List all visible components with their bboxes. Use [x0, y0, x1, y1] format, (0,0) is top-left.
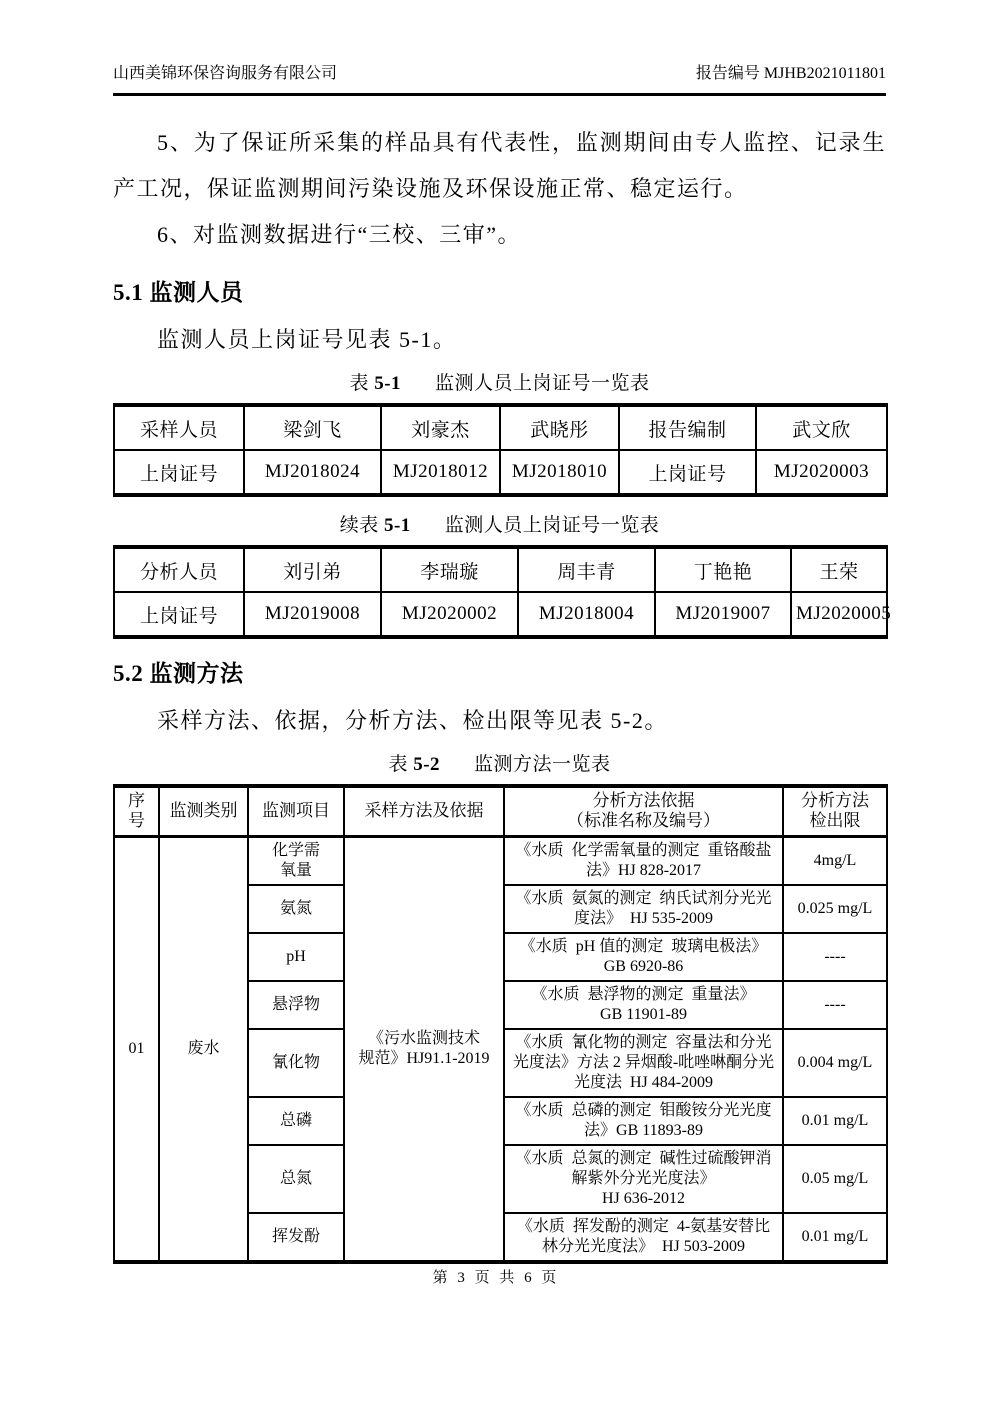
method-cell: 《水质 氰化物的测定 容量法和分光 光度法》方法 2 异烟酸-吡唑啉酮分光 光度…: [504, 1029, 783, 1097]
table-row: 分析人员 刘引弟 李瑞璇 周丰青 丁艳艳 王荣: [114, 547, 887, 592]
table-cell: MJ2020005: [791, 592, 887, 637]
category-cell: 废水: [159, 836, 248, 1262]
section-number: 5.2: [113, 661, 143, 686]
document-header: 山西美锦环保咨询服务有限公司 报告编号 MJHB2021011801: [113, 0, 886, 96]
table-cell: 刘豪杰: [381, 405, 500, 450]
section-heading-5-1: 5.1 监测人员: [113, 274, 886, 307]
report-number: 报告编号 MJHB2021011801: [696, 60, 886, 83]
method-cell: 《水质 总磷的测定 钼酸铵分光光度 法》GB 11893-89: [504, 1097, 783, 1145]
table-cell: 王荣: [791, 547, 887, 592]
table-cell: 李瑞璇: [381, 547, 518, 592]
section-title: 监测方法: [150, 661, 244, 686]
table-5-2-caption: 表 5-2监测方法一览表: [113, 749, 886, 776]
table-cell: 武文欣: [756, 405, 887, 450]
column-header-sampling: 采样方法及依据: [344, 786, 504, 836]
item-cell: 氰化物: [248, 1029, 344, 1097]
table-cell: 梁剑飞: [244, 405, 381, 450]
limit-cell: 0.025 mg/L: [783, 885, 887, 933]
column-header-limit: 分析方法 检出限: [783, 786, 887, 836]
method-cell: 《水质 pH 值的测定 玻璃电极法》 GB 6920-86: [504, 933, 783, 981]
table-5-1-continued-caption: 续表 5-1监测人员上岗证号一览表: [113, 510, 886, 537]
column-header-seq: 序号: [114, 786, 159, 836]
paragraph-6: 6、对监测数据进行“三校、三审”。: [113, 212, 886, 258]
table-row: 上岗证号 MJ2018024 MJ2018012 MJ2018010 上岗证号 …: [114, 450, 887, 495]
row-label: 报告编制: [619, 405, 756, 450]
table-cell: MJ2018010: [500, 450, 619, 495]
method-cell: 《水质 挥发酚的测定 4-氨基安替比 林分光光度法》 HJ 503-2009: [504, 1213, 783, 1262]
page-content: 山西美锦环保咨询服务有限公司 报告编号 MJHB2021011801 5、为了保…: [113, 0, 886, 1264]
seq-cell: 01: [114, 836, 159, 1262]
limit-cell: 0.004 mg/L: [783, 1029, 887, 1097]
item-cell: 化学需 氧量: [248, 836, 344, 885]
limit-cell: 0.01 mg/L: [783, 1097, 887, 1145]
table-row: 01 废水 化学需 氧量 《污水监测技术 规范》HJ91.1-2019 《水质 …: [114, 836, 887, 885]
sampling-method-cell: 《污水监测技术 规范》HJ91.1-2019: [344, 836, 504, 1262]
row-label: 上岗证号: [114, 592, 244, 637]
document-page: 山西美锦环保咨询服务有限公司 报告编号 MJHB2021011801 5、为了保…: [0, 0, 992, 1403]
method-cell: 《水质 悬浮物的测定 重量法》 GB 11901-89: [504, 981, 783, 1029]
caption-number: 5-1: [384, 515, 411, 536]
table-cell: MJ2018012: [381, 450, 500, 495]
item-cell: 悬浮物: [248, 981, 344, 1029]
table-cell: 武晓彤: [500, 405, 619, 450]
caption-number: 5-2: [413, 754, 440, 775]
table-cell: MJ2020002: [381, 592, 518, 637]
table-header-row: 序号 监测类别 监测项目 采样方法及依据 分析方法依据 （标准名称及编号） 分析…: [114, 786, 887, 836]
limit-cell: 4mg/L: [783, 836, 887, 885]
section-5-2-intro: 采样方法、依据，分析方法、检出限等见表 5-2。: [113, 706, 886, 736]
table-cell: MJ2018024: [244, 450, 381, 495]
table-cell: 丁艳艳: [655, 547, 791, 592]
column-header-category: 监测类别: [159, 786, 248, 836]
row-label: 上岗证号: [619, 450, 756, 495]
caption-prefix: 表: [388, 754, 408, 775]
caption-title: 监测方法一览表: [474, 754, 611, 775]
item-cell: 总磷: [248, 1097, 344, 1145]
caption-title: 监测人员上岗证号一览表: [445, 515, 660, 536]
page-number-footer: 第 3 页 共 6 页: [0, 1266, 992, 1287]
limit-cell: ----: [783, 981, 887, 1029]
table-cell: MJ2019008: [244, 592, 381, 637]
table-cell: 周丰青: [518, 547, 655, 592]
caption-prefix: 续表: [340, 515, 379, 536]
limit-cell: 0.05 mg/L: [783, 1145, 887, 1213]
row-label: 分析人员: [114, 547, 244, 592]
item-cell: 挥发酚: [248, 1213, 344, 1262]
method-cell: 《水质 氨氮的测定 纳氏试剂分光光 度法》 HJ 535-2009: [504, 885, 783, 933]
item-cell: 总氮: [248, 1145, 344, 1213]
table-cell: MJ2020003: [756, 450, 887, 495]
section-5-1-intro: 监测人员上岗证号见表 5-1。: [113, 325, 886, 355]
paragraph-5: 5、为了保证所采集的样品具有代表性，监测期间由专人监控、记录生产工况，保证监测期…: [113, 120, 886, 212]
item-cell: pH: [248, 933, 344, 981]
table-5-2: 序号 监测类别 监测项目 采样方法及依据 分析方法依据 （标准名称及编号） 分析…: [113, 784, 888, 1264]
table-cell: MJ2019007: [655, 592, 791, 637]
section-heading-5-2: 5.2 监测方法: [113, 655, 886, 688]
limit-cell: 0.01 mg/L: [783, 1213, 887, 1262]
table-5-1-continued: 分析人员 刘引弟 李瑞璇 周丰青 丁艳艳 王荣 上岗证号 MJ2019008 M…: [113, 545, 888, 639]
caption-number: 5-1: [374, 373, 401, 394]
company-name: 山西美锦环保咨询服务有限公司: [113, 60, 337, 83]
item-cell: 氨氮: [248, 885, 344, 933]
section-number: 5.1: [113, 280, 143, 305]
column-header-item: 监测项目: [248, 786, 344, 836]
row-label: 上岗证号: [114, 450, 244, 495]
section-title: 监测人员: [150, 280, 244, 305]
table-cell: 刘引弟: [244, 547, 381, 592]
caption-prefix: 表: [349, 373, 369, 394]
table-row: 上岗证号 MJ2019008 MJ2020002 MJ2018004 MJ201…: [114, 592, 887, 637]
method-cell: 《水质 总氮的测定 碱性过硫酸钾消 解紫外分光光度法》 HJ 636-2012: [504, 1145, 783, 1213]
row-label: 采样人员: [114, 405, 244, 450]
method-cell: 《水质 化学需氧量的测定 重铬酸盐 法》HJ 828-2017: [504, 836, 783, 885]
table-5-1: 采样人员 梁剑飞 刘豪杰 武晓彤 报告编制 武文欣 上岗证号 MJ2018024…: [113, 403, 888, 497]
caption-title: 监测人员上岗证号一览表: [435, 373, 650, 394]
column-header-method: 分析方法依据 （标准名称及编号）: [504, 786, 783, 836]
table-5-1-caption: 表 5-1监测人员上岗证号一览表: [113, 368, 886, 395]
table-row: 采样人员 梁剑飞 刘豪杰 武晓彤 报告编制 武文欣: [114, 405, 887, 450]
limit-cell: ----: [783, 933, 887, 981]
table-cell: MJ2018004: [518, 592, 655, 637]
